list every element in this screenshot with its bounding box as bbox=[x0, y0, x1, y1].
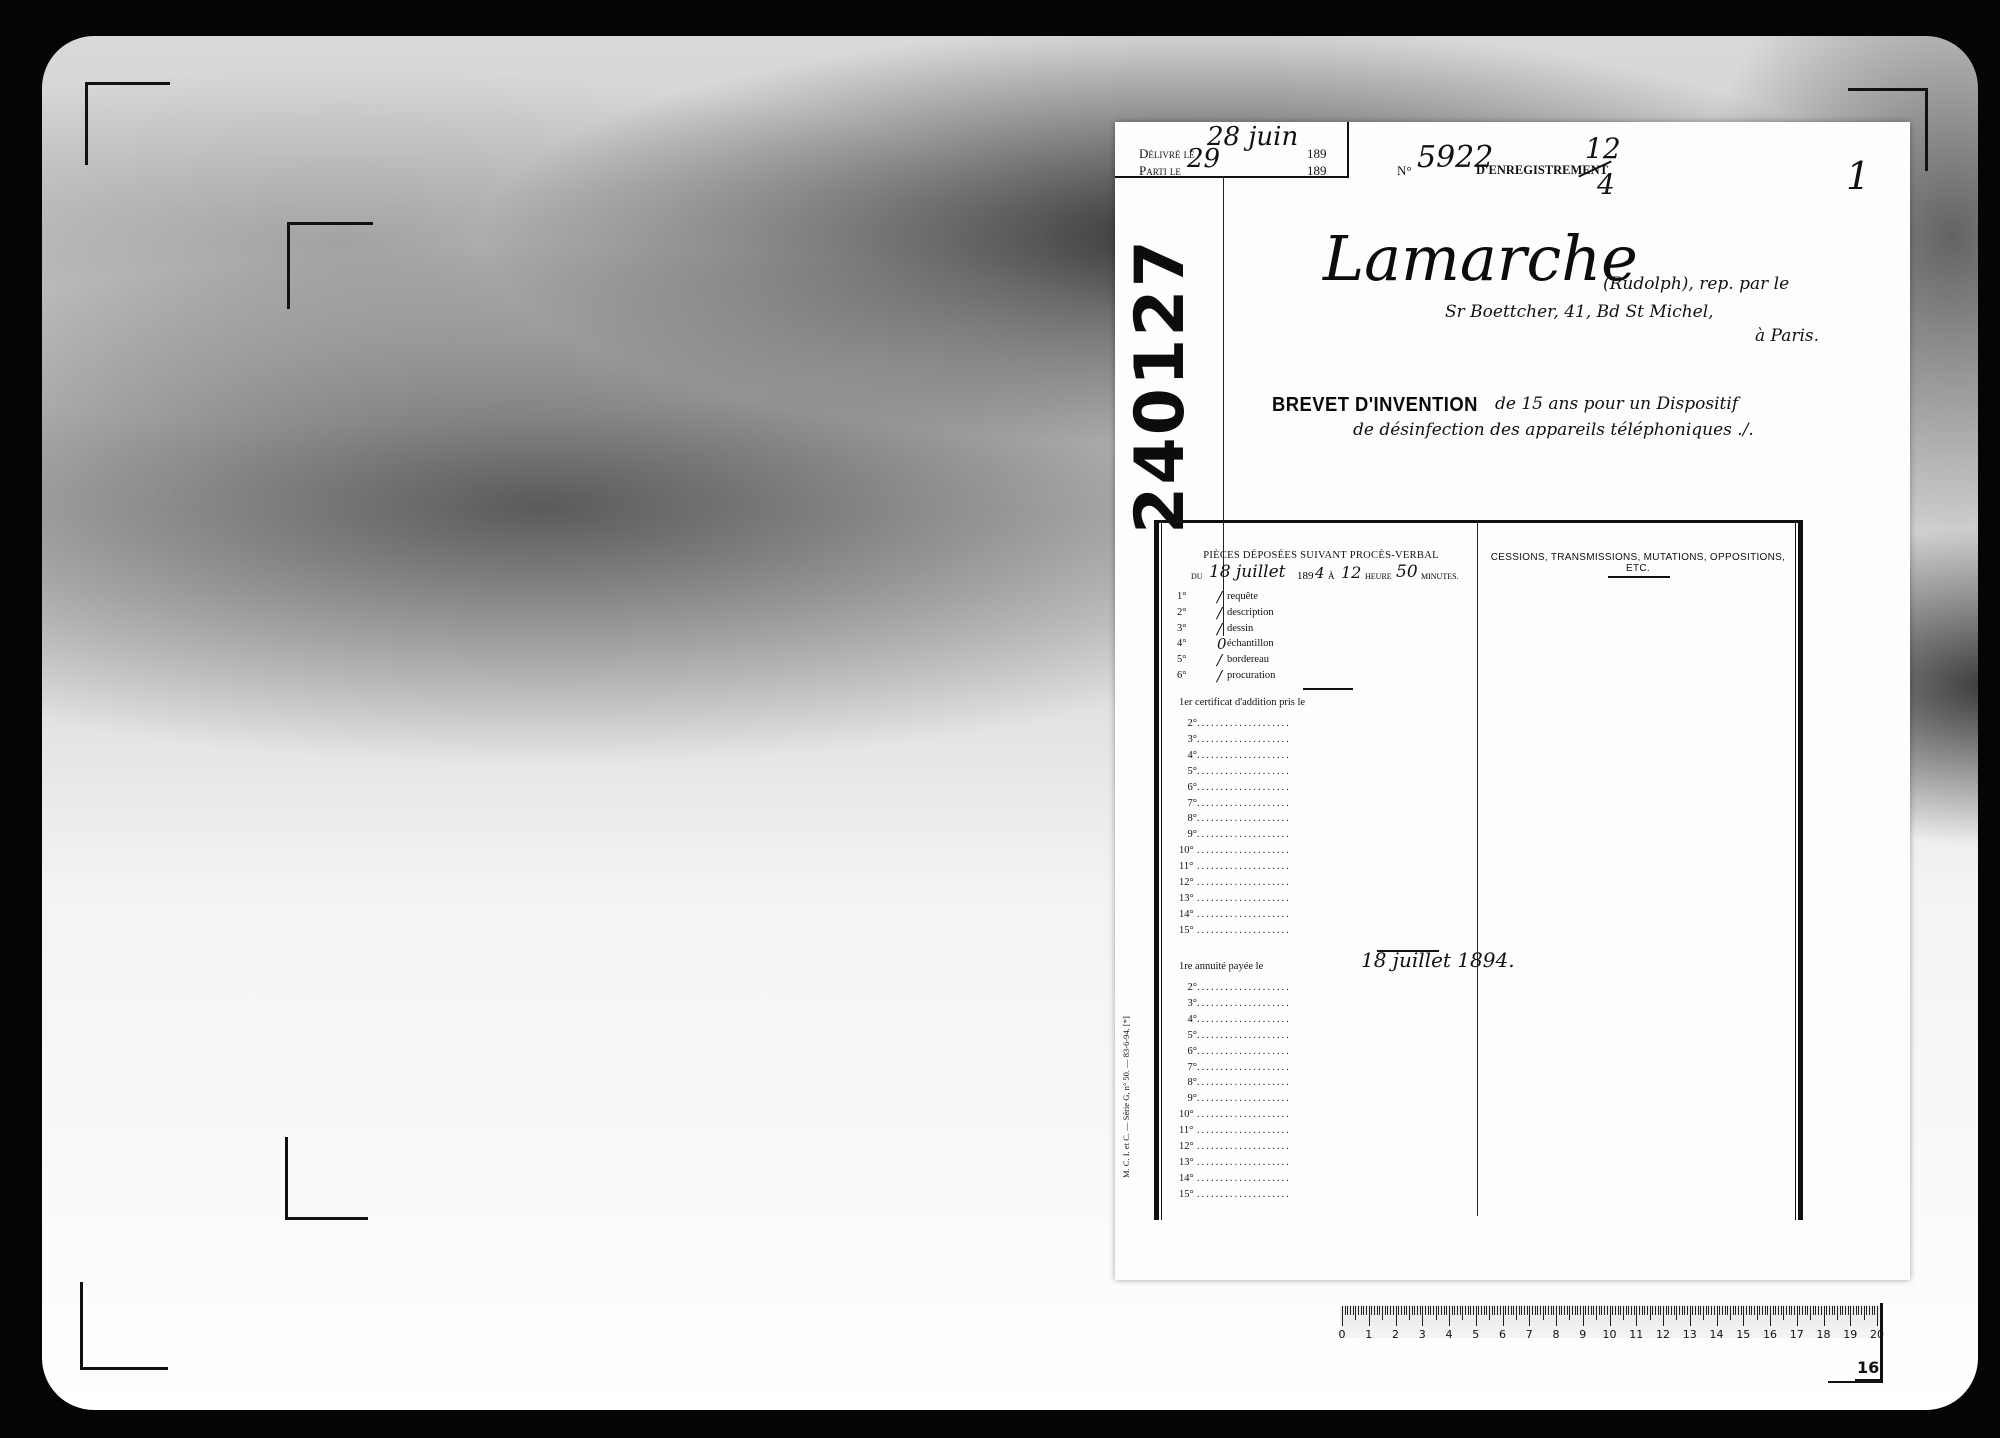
piece-label: procuration bbox=[1227, 670, 1275, 681]
patent-title-line1: de 15 ans pour un Dispositif bbox=[1495, 394, 1738, 414]
dotted-leader: .................... bbox=[1197, 829, 1291, 840]
row-number: 2° bbox=[1179, 718, 1197, 729]
ruler-tick bbox=[1513, 1306, 1514, 1315]
table-left-inner-border bbox=[1161, 523, 1162, 1220]
certificat-first-label: 1er certificat d'addition pris le bbox=[1179, 697, 1305, 708]
ruler-tick bbox=[1658, 1306, 1659, 1315]
printer-note: M. C. I. et C. — Série G, n° 50. — 83-6-… bbox=[1121, 1016, 1131, 1178]
dotted-leader: .................... bbox=[1197, 718, 1291, 729]
dotted-leader: .................... bbox=[1197, 1125, 1291, 1136]
ruler-label: 9 bbox=[1579, 1328, 1586, 1341]
ruler-tick bbox=[1832, 1306, 1833, 1315]
dotted-row: 4°.................... bbox=[1179, 1009, 1379, 1023]
ruler-tick bbox=[1532, 1306, 1533, 1315]
ruler-tick bbox=[1494, 1306, 1495, 1315]
row-number: 13° bbox=[1179, 893, 1197, 904]
row-number: 4° bbox=[1179, 1014, 1197, 1025]
ruler-tick bbox=[1497, 1306, 1498, 1315]
ruler-tick bbox=[1511, 1306, 1512, 1315]
dotted-row: 2°.................... bbox=[1179, 713, 1379, 727]
ruler-tick bbox=[1379, 1306, 1380, 1315]
ruler-tick bbox=[1457, 1306, 1458, 1315]
ruler-tick bbox=[1682, 1306, 1683, 1315]
dotted-row: 14°.................... bbox=[1179, 1168, 1379, 1182]
ruler-tick bbox=[1438, 1306, 1439, 1315]
ruler-tick bbox=[1347, 1306, 1348, 1315]
ruler-tick bbox=[1824, 1306, 1825, 1326]
row-number: 8° bbox=[1179, 813, 1197, 824]
dotted-row: 7°.................... bbox=[1179, 793, 1379, 807]
heure-label: HEURE bbox=[1365, 572, 1392, 581]
ruler-tick bbox=[1751, 1306, 1752, 1315]
year-value: 4 bbox=[1315, 564, 1325, 582]
ruler-tick bbox=[1529, 1306, 1530, 1326]
ruler-label: 5 bbox=[1472, 1328, 1479, 1341]
dotted-leader: .................... bbox=[1197, 750, 1291, 761]
dotted-row: 11°.................... bbox=[1179, 856, 1379, 870]
ruler-tick bbox=[1767, 1306, 1768, 1315]
dotted-leader: .................... bbox=[1197, 1062, 1291, 1073]
ruler-tick bbox=[1848, 1306, 1849, 1315]
ruler-tick bbox=[1516, 1306, 1517, 1320]
row-number: 11° bbox=[1179, 861, 1197, 872]
ruler-label: 16 bbox=[1763, 1328, 1777, 1341]
ruler-tick bbox=[1537, 1306, 1538, 1315]
row-number: 8° bbox=[1179, 1077, 1197, 1088]
dotted-leader: .................... bbox=[1197, 1046, 1291, 1057]
ruler-tick bbox=[1393, 1306, 1394, 1315]
row-number: 4° bbox=[1179, 750, 1197, 761]
ruler-tick bbox=[1430, 1306, 1431, 1315]
ruler-tick bbox=[1454, 1306, 1455, 1315]
ruler-tick bbox=[1387, 1306, 1388, 1315]
ruler-tick bbox=[1588, 1306, 1589, 1315]
piece-label: requête bbox=[1227, 591, 1258, 602]
dotted-row: 15°.................... bbox=[1179, 1184, 1379, 1198]
ruler-tick bbox=[1484, 1306, 1485, 1315]
ruler-tick bbox=[1556, 1306, 1557, 1326]
ruler-tick bbox=[1650, 1306, 1651, 1320]
row-number: 5° bbox=[1179, 766, 1197, 777]
dotted-row: 10°.................... bbox=[1179, 840, 1379, 854]
dotted-row: 14°.................... bbox=[1179, 904, 1379, 918]
page-number: 1 bbox=[1846, 154, 1870, 198]
fraction-top: 12 bbox=[1585, 132, 1621, 165]
ruler-label: 0 bbox=[1339, 1328, 1346, 1341]
row-number: 11° bbox=[1179, 1125, 1197, 1136]
column-divider bbox=[1477, 522, 1478, 1216]
ruler-tick bbox=[1722, 1306, 1723, 1315]
crop-mark-top-left bbox=[85, 82, 170, 165]
ruler-tick bbox=[1690, 1306, 1691, 1326]
ruler-tick bbox=[1626, 1306, 1627, 1315]
ruler-tick bbox=[1607, 1306, 1608, 1315]
ruler-label: 14 bbox=[1710, 1328, 1724, 1341]
ruler-tick bbox=[1433, 1306, 1434, 1315]
ruler-tick bbox=[1853, 1306, 1854, 1315]
ruler-tick bbox=[1759, 1306, 1760, 1315]
ruler-tick bbox=[1404, 1306, 1405, 1315]
proces-verbal-date-line: DU 18 juillet 189 4 À 12 HEURE 50 MINUTE… bbox=[1191, 564, 1491, 586]
table-top-border bbox=[1154, 520, 1803, 523]
ruler-tick bbox=[1604, 1306, 1605, 1315]
dotted-leader: .................... bbox=[1197, 1173, 1291, 1184]
dotted-leader: .................... bbox=[1197, 1077, 1291, 1088]
ruler-tick bbox=[1666, 1306, 1667, 1315]
ruler-tick bbox=[1730, 1306, 1731, 1320]
ruler-tick bbox=[1585, 1306, 1586, 1315]
row-number: 10° bbox=[1179, 845, 1197, 856]
frame-reference-line bbox=[1828, 1381, 1883, 1383]
ruler-tick bbox=[1735, 1306, 1736, 1315]
ruler-label: 7 bbox=[1526, 1328, 1533, 1341]
ruler-tick bbox=[1679, 1306, 1680, 1315]
ruler-tick bbox=[1406, 1306, 1407, 1315]
ruler-tick bbox=[1821, 1306, 1822, 1315]
row-number: 12° bbox=[1179, 1141, 1197, 1152]
ruler-tick bbox=[1628, 1306, 1629, 1315]
ruler-tick bbox=[1521, 1306, 1522, 1315]
ruler-tick bbox=[1840, 1306, 1841, 1315]
ruler-tick bbox=[1366, 1306, 1367, 1315]
ruler-tick bbox=[1668, 1306, 1669, 1315]
ruler-tick bbox=[1572, 1306, 1573, 1315]
ruler-tick bbox=[1634, 1306, 1635, 1315]
ruler-label: 1 bbox=[1365, 1328, 1372, 1341]
piece-number: 3° bbox=[1177, 623, 1186, 634]
ruler-tick bbox=[1524, 1306, 1525, 1315]
ruler-tick bbox=[1826, 1306, 1827, 1315]
dotted-row: 15°.................... bbox=[1179, 920, 1379, 934]
ruler-tick bbox=[1417, 1306, 1418, 1315]
piece-number: 1° bbox=[1177, 591, 1186, 602]
dotted-row: 8°.................... bbox=[1179, 1072, 1379, 1086]
register-card: Délivré le 28 juin 189 Parti le 29 189 N… bbox=[1115, 122, 1910, 1280]
dotted-leader: .................... bbox=[1197, 1141, 1291, 1152]
row-number: 14° bbox=[1179, 1173, 1197, 1184]
ruler-tick bbox=[1567, 1306, 1568, 1315]
ruler-tick bbox=[1449, 1306, 1450, 1326]
dotted-row: 6°.................... bbox=[1179, 777, 1379, 791]
ruler-tick bbox=[1791, 1306, 1792, 1315]
ruler-tick bbox=[1714, 1306, 1715, 1315]
ruler-tick bbox=[1492, 1306, 1493, 1315]
ruler-tick bbox=[1545, 1306, 1546, 1315]
ruler-tick bbox=[1655, 1306, 1656, 1315]
piece-number: 5° bbox=[1177, 654, 1186, 665]
dotted-leader: .................... bbox=[1197, 998, 1291, 1009]
ruler-tick bbox=[1369, 1306, 1370, 1326]
ruler-label: 3 bbox=[1419, 1328, 1426, 1341]
ruler-tick bbox=[1377, 1306, 1378, 1315]
ruler-tick bbox=[1842, 1306, 1843, 1315]
ruler-tick bbox=[1708, 1306, 1709, 1315]
ruler-tick bbox=[1789, 1306, 1790, 1315]
annuite-first-label: 1re annuité payée le bbox=[1179, 961, 1263, 972]
dotted-leader: .................... bbox=[1197, 845, 1291, 856]
year-prefix: 189 bbox=[1297, 570, 1314, 582]
ruler-tick bbox=[1535, 1306, 1536, 1315]
cessions-rule bbox=[1608, 576, 1670, 578]
ruler-tick bbox=[1462, 1306, 1463, 1320]
ruler-tick bbox=[1845, 1306, 1846, 1315]
ruler-label: 15 bbox=[1736, 1328, 1750, 1341]
ruler-tick bbox=[1441, 1306, 1442, 1315]
dotted-row: 7°.................... bbox=[1179, 1057, 1379, 1071]
ruler-tick bbox=[1733, 1306, 1734, 1315]
ruler-tick bbox=[1527, 1306, 1528, 1315]
piece-label: dessin bbox=[1227, 623, 1253, 634]
crop-mark-inner-bottom-left bbox=[285, 1137, 368, 1220]
dotted-row: 3°.................... bbox=[1179, 729, 1379, 743]
row-number: 7° bbox=[1179, 1062, 1197, 1073]
dotted-row: 13°.................... bbox=[1179, 888, 1379, 902]
ruler-tick bbox=[1636, 1306, 1637, 1326]
row-number: 12° bbox=[1179, 877, 1197, 888]
ruler-tick bbox=[1503, 1306, 1504, 1326]
ruler-tick bbox=[1727, 1306, 1728, 1315]
cessions-heading: CESSIONS, TRANSMISSIONS, MUTATIONS, OPPO… bbox=[1481, 552, 1795, 574]
ruler-tick bbox=[1470, 1306, 1471, 1315]
dotted-leader: .................... bbox=[1197, 798, 1291, 809]
dotted-row: 5°.................... bbox=[1179, 1025, 1379, 1039]
ruler-tick bbox=[1444, 1306, 1445, 1315]
dotted-row: 12°.................... bbox=[1179, 1136, 1379, 1150]
ruler-tick bbox=[1396, 1306, 1397, 1326]
ruler-tick bbox=[1473, 1306, 1474, 1315]
ruler-tick bbox=[1719, 1306, 1720, 1315]
ruler-tick bbox=[1361, 1306, 1362, 1315]
ruler-tick bbox=[1350, 1306, 1351, 1315]
dotted-row: 11°.................... bbox=[1179, 1120, 1379, 1134]
date-prefix: DU bbox=[1191, 572, 1203, 581]
ruler-tick bbox=[1762, 1306, 1763, 1315]
ruler-tick bbox=[1559, 1306, 1560, 1315]
table-right-inner-border bbox=[1795, 523, 1796, 1220]
dotted-row: 13°.................... bbox=[1179, 1152, 1379, 1166]
table-left-border bbox=[1154, 520, 1159, 1220]
ruler-tick bbox=[1700, 1306, 1701, 1315]
delivre-year: 189 bbox=[1307, 146, 1327, 162]
ruler-tick bbox=[1773, 1306, 1774, 1315]
ruler-tick bbox=[1674, 1306, 1675, 1315]
dotted-leader: .................... bbox=[1197, 1189, 1291, 1200]
ruler-tick bbox=[1345, 1306, 1346, 1315]
ruler-tick bbox=[1355, 1306, 1356, 1320]
piece-number: 6° bbox=[1177, 670, 1186, 681]
ruler-tick bbox=[1553, 1306, 1554, 1315]
crop-mark-inner-top-left bbox=[287, 222, 373, 309]
ruler-label: 4 bbox=[1446, 1328, 1453, 1341]
ruler-tick bbox=[1428, 1306, 1429, 1315]
ruler-tick bbox=[1815, 1306, 1816, 1315]
applicant-surname: Lamarche bbox=[1323, 222, 1638, 295]
piece-number: 4° bbox=[1177, 638, 1186, 649]
dotted-leader: .................... bbox=[1197, 766, 1291, 777]
dotted-leader: .................... bbox=[1197, 877, 1291, 888]
row-number: 6° bbox=[1179, 1046, 1197, 1057]
ruler-tick bbox=[1797, 1306, 1798, 1326]
dotted-row: 8°.................... bbox=[1179, 808, 1379, 822]
ruler-tick bbox=[1743, 1306, 1744, 1326]
ruler-tick bbox=[1757, 1306, 1758, 1320]
ruler-tick bbox=[1612, 1306, 1613, 1315]
ruler-label: 13 bbox=[1683, 1328, 1697, 1341]
piece-number: 2° bbox=[1177, 607, 1186, 618]
ruler-tick bbox=[1818, 1306, 1819, 1315]
ruler-tick bbox=[1623, 1306, 1624, 1320]
dotted-leader: .................... bbox=[1197, 1014, 1291, 1025]
ruler-tick bbox=[1548, 1306, 1549, 1315]
row-number: 15° bbox=[1179, 925, 1197, 936]
ruler-tick bbox=[1481, 1306, 1482, 1315]
applicant-details-2: Sr Boettcher, 41, Bd St Michel, bbox=[1445, 302, 1714, 322]
ruler-tick bbox=[1652, 1306, 1653, 1315]
ruler-tick bbox=[1799, 1306, 1800, 1315]
ruler-tick bbox=[1765, 1306, 1766, 1315]
frame-reference-number: 16 bbox=[1857, 1358, 1879, 1377]
crop-mark-bottom-left bbox=[80, 1282, 168, 1370]
ruler-tick bbox=[1725, 1306, 1726, 1315]
dotted-row: 9°.................... bbox=[1179, 824, 1379, 838]
row-number: 15° bbox=[1179, 1189, 1197, 1200]
row-number: 3° bbox=[1179, 734, 1197, 745]
ruler-tick bbox=[1452, 1306, 1453, 1315]
ruler-tick bbox=[1741, 1306, 1742, 1315]
ruler-tick bbox=[1639, 1306, 1640, 1315]
piece-label: description bbox=[1227, 607, 1274, 618]
ruler-tick bbox=[1620, 1306, 1621, 1315]
ruler-label: 8 bbox=[1553, 1328, 1560, 1341]
a-label: À bbox=[1328, 571, 1335, 581]
dotted-leader: .................... bbox=[1197, 782, 1291, 793]
ruler-tick bbox=[1794, 1306, 1795, 1315]
ruler-tick bbox=[1647, 1306, 1648, 1315]
ruler-tick bbox=[1687, 1306, 1688, 1315]
ruler-tick bbox=[1671, 1306, 1672, 1315]
parti-year: 189 bbox=[1307, 163, 1327, 179]
ruler-tick bbox=[1363, 1306, 1364, 1315]
ruler-tick bbox=[1358, 1306, 1359, 1315]
ruler-tick bbox=[1385, 1306, 1386, 1315]
ruler-tick bbox=[1460, 1306, 1461, 1315]
ruler-label: 6 bbox=[1499, 1328, 1506, 1341]
ruler-tick bbox=[1775, 1306, 1776, 1315]
ruler-tick bbox=[1508, 1306, 1509, 1315]
ruler-tick bbox=[1401, 1306, 1402, 1315]
ruler-tick bbox=[1500, 1306, 1501, 1315]
patent-number-vertical: 240127 bbox=[1121, 238, 1200, 534]
ruler-tick bbox=[1837, 1306, 1838, 1320]
ruler-tick bbox=[1618, 1306, 1619, 1315]
piece-label: échantillon bbox=[1227, 638, 1274, 649]
ruler-tick bbox=[1353, 1306, 1354, 1315]
dotted-leader: .................... bbox=[1197, 861, 1291, 872]
ruler-label: 10 bbox=[1603, 1328, 1617, 1341]
ruler-tick bbox=[1805, 1306, 1806, 1315]
date-value: 18 juillet bbox=[1209, 562, 1285, 582]
ruler-tick bbox=[1543, 1306, 1544, 1320]
ruler-tick bbox=[1834, 1306, 1835, 1315]
patent-title-label: BREVET D'INVENTION bbox=[1272, 394, 1478, 417]
dotted-leader: .................... bbox=[1197, 982, 1291, 993]
dotted-row: 4°.................... bbox=[1179, 745, 1379, 759]
ruler-tick bbox=[1561, 1306, 1562, 1315]
dotted-row: 6°.................... bbox=[1179, 1041, 1379, 1055]
fraction-bottom: 4 bbox=[1597, 168, 1615, 201]
dotted-row: 9°.................... bbox=[1179, 1088, 1379, 1102]
dotted-leader: .................... bbox=[1197, 909, 1291, 920]
ruler-tick bbox=[1436, 1306, 1437, 1320]
ruler-tick bbox=[1412, 1306, 1413, 1315]
patent-title-line2: de désinfection des appareils téléphoniq… bbox=[1353, 420, 1754, 440]
numero-prefix: N° bbox=[1397, 163, 1412, 179]
ruler-tick bbox=[1569, 1306, 1570, 1320]
applicant-details-1: (Rudolph), rep. par le bbox=[1603, 274, 1789, 294]
ruler-tick bbox=[1596, 1306, 1597, 1320]
ruler-tick bbox=[1398, 1306, 1399, 1315]
ruler-tick bbox=[1684, 1306, 1685, 1315]
ruler-tick bbox=[1564, 1306, 1565, 1315]
ruler-tick bbox=[1703, 1306, 1704, 1320]
minutes-value: 50 bbox=[1396, 562, 1418, 582]
dotted-row: 2°.................... bbox=[1179, 977, 1379, 991]
ruler-tick bbox=[1749, 1306, 1750, 1315]
ruler-tick bbox=[1781, 1306, 1782, 1315]
ruler-tick bbox=[1717, 1306, 1718, 1326]
dotted-leader: .................... bbox=[1197, 925, 1291, 936]
dotted-row: 12°.................... bbox=[1179, 872, 1379, 886]
ruler-tick bbox=[1711, 1306, 1712, 1315]
ruler-tick bbox=[1476, 1306, 1477, 1326]
ruler-tick bbox=[1786, 1306, 1787, 1315]
ruler-tick bbox=[1663, 1306, 1664, 1326]
ruler-tick bbox=[1409, 1306, 1410, 1320]
dotted-row: 3°.................... bbox=[1179, 993, 1379, 1007]
row-number: 5° bbox=[1179, 1030, 1197, 1041]
row-number: 14° bbox=[1179, 909, 1197, 920]
ruler-tick bbox=[1642, 1306, 1643, 1315]
ruler-tick bbox=[1610, 1306, 1611, 1326]
applicant-details-3: à Paris. bbox=[1755, 326, 1819, 346]
dotted-leader: .................... bbox=[1197, 893, 1291, 904]
ruler-tick bbox=[1425, 1306, 1426, 1315]
ruler-tick bbox=[1807, 1306, 1808, 1315]
ruler-tick bbox=[1505, 1306, 1506, 1315]
ruler-tick bbox=[1465, 1306, 1466, 1315]
ruler-tick bbox=[1754, 1306, 1755, 1315]
ruler-tick bbox=[1644, 1306, 1645, 1315]
ruler-tick bbox=[1692, 1306, 1693, 1315]
ruler-tick bbox=[1390, 1306, 1391, 1315]
row-number: 10° bbox=[1179, 1109, 1197, 1120]
ruler-label: 2 bbox=[1392, 1328, 1399, 1341]
ruler-tick bbox=[1829, 1306, 1830, 1315]
ruler-tick bbox=[1660, 1306, 1661, 1315]
ruler-tick bbox=[1698, 1306, 1699, 1315]
delivre-value: 28 juin bbox=[1207, 122, 1298, 152]
pieces-rule bbox=[1303, 688, 1353, 690]
ruler-label: 18 bbox=[1817, 1328, 1831, 1341]
ruler-tick bbox=[1746, 1306, 1747, 1315]
hour-value: 12 bbox=[1341, 563, 1361, 582]
annuite-first-value: 18 juillet 1894. bbox=[1361, 948, 1515, 972]
piece-row: 6°/procuration bbox=[1177, 670, 1457, 685]
ruler-tick bbox=[1374, 1306, 1375, 1315]
ruler-tick bbox=[1577, 1306, 1578, 1315]
ruler-tick bbox=[1810, 1306, 1811, 1320]
ruler-tick bbox=[1676, 1306, 1677, 1320]
